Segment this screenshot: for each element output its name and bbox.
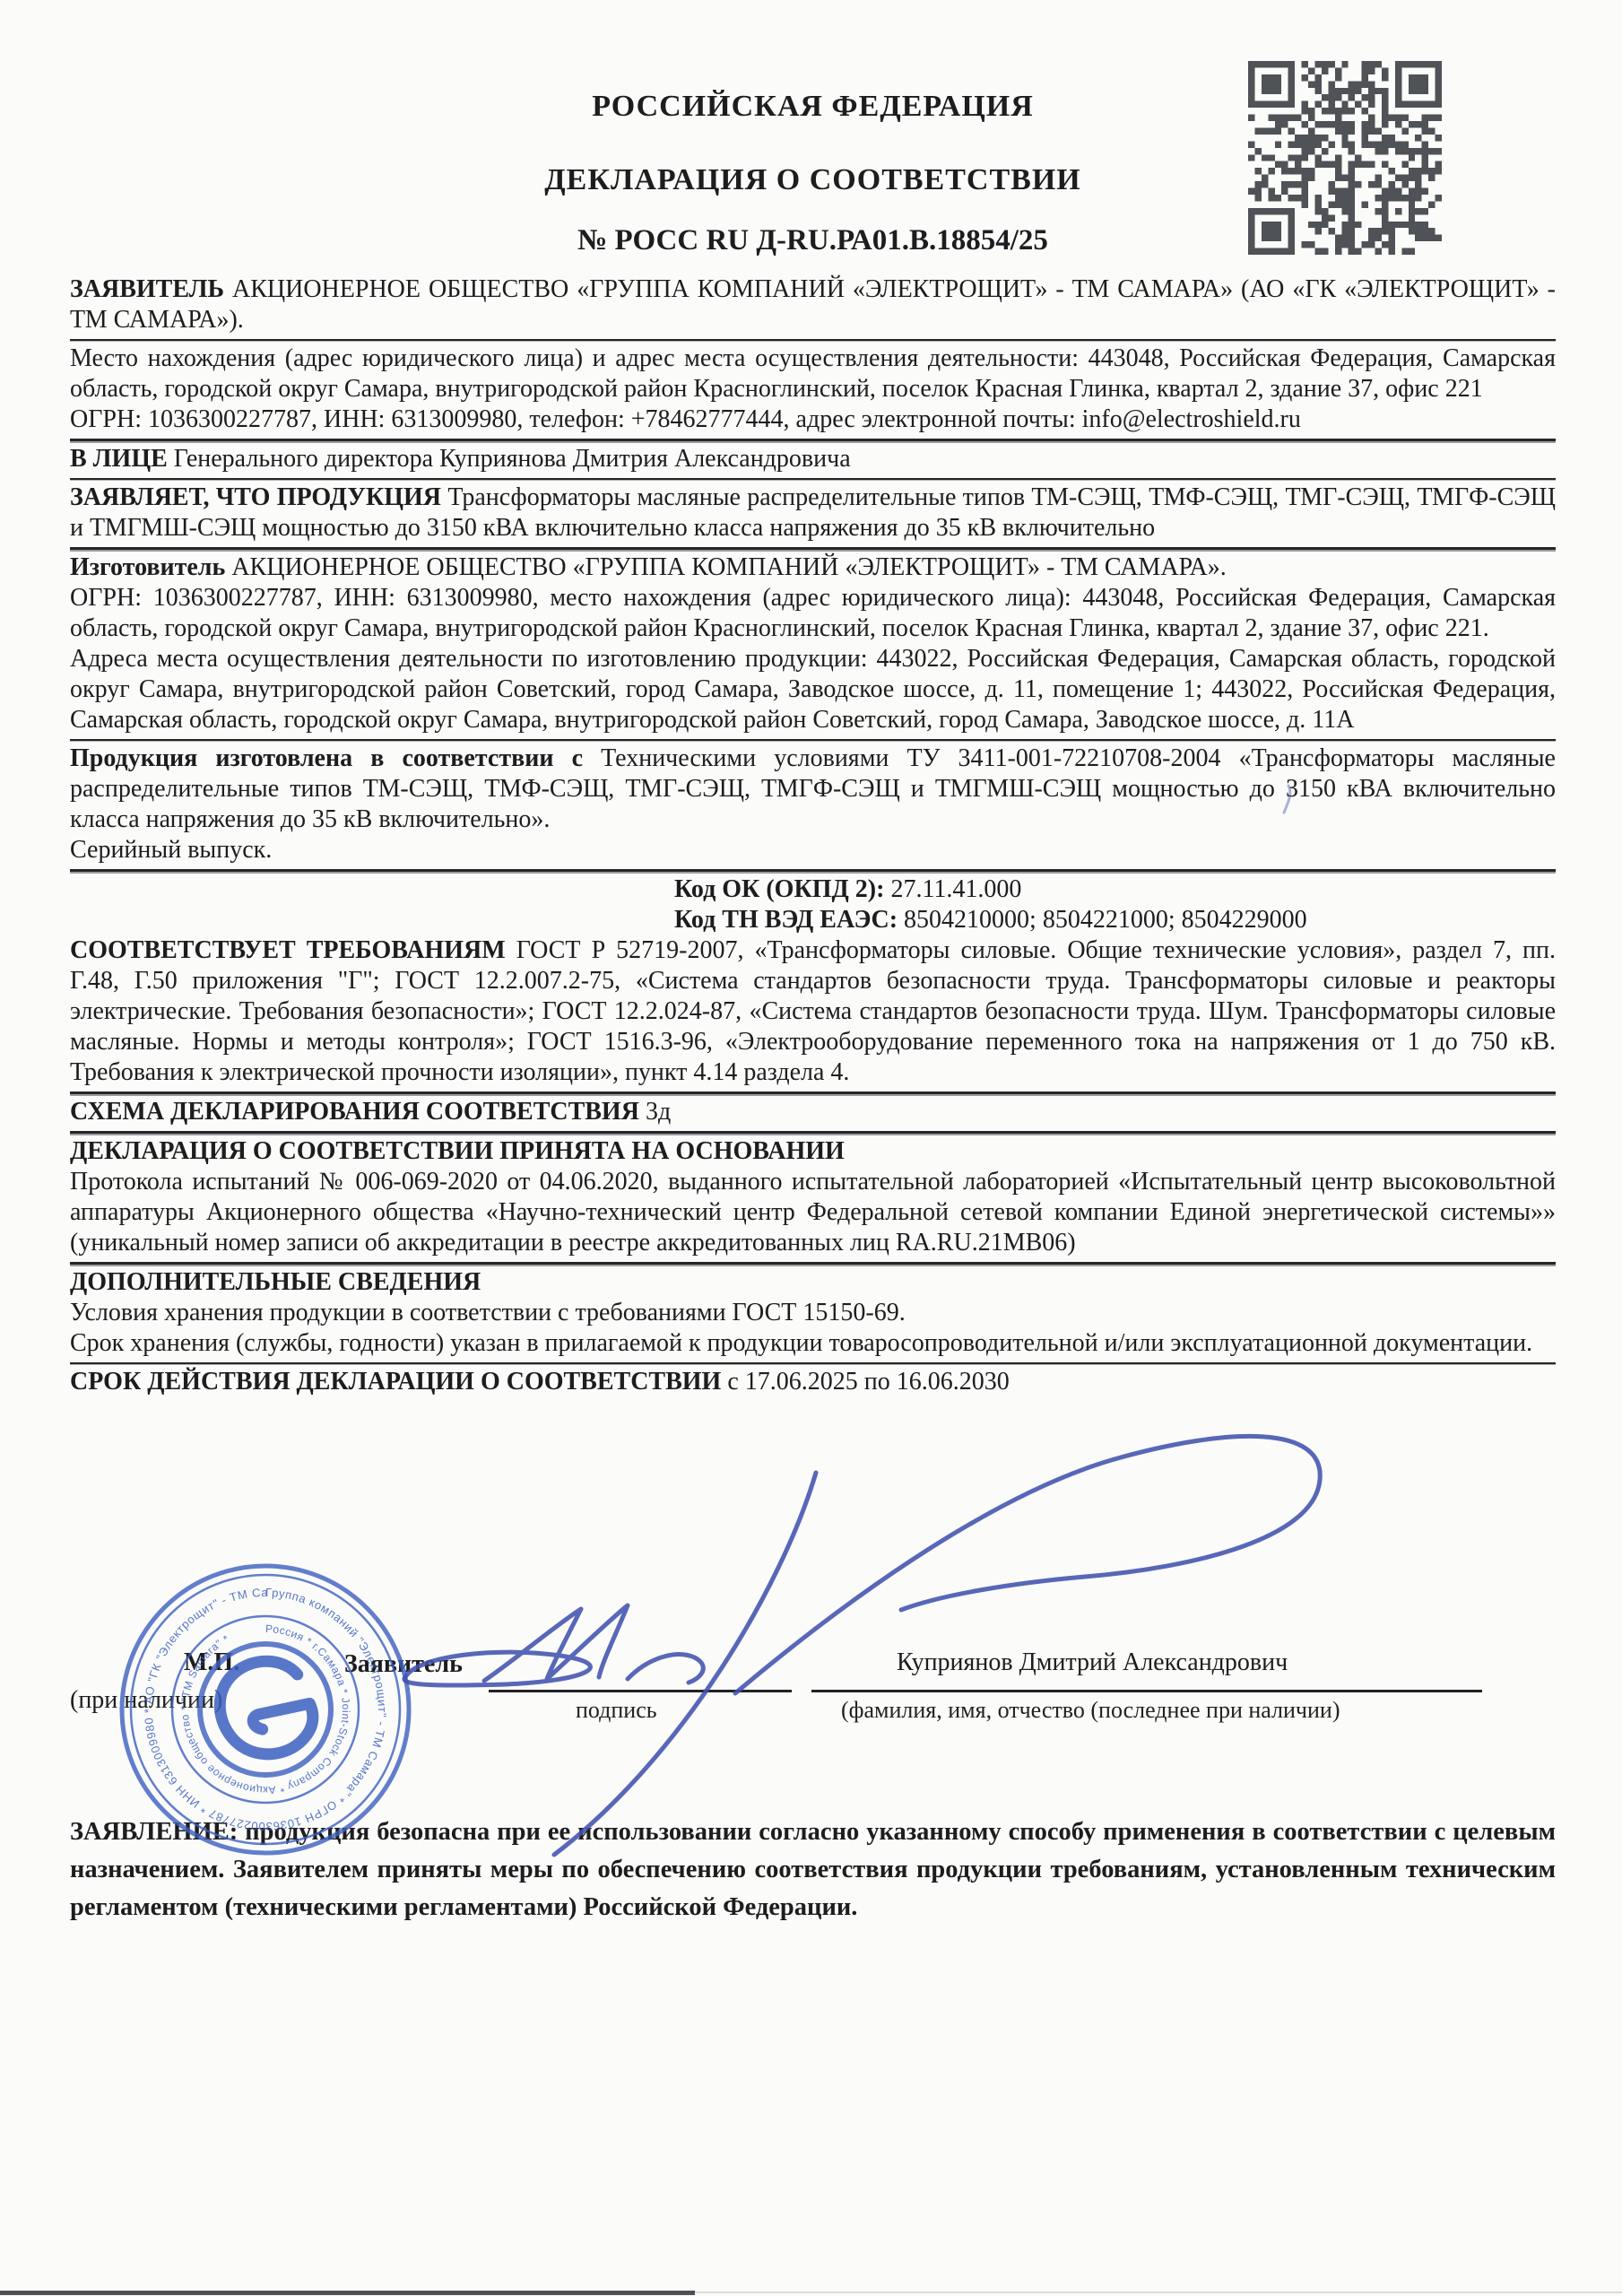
scheme-paragraph: СХЕМА ДЕКЛАРИРОВАНИЯ СООТВЕТСТВИЯ 3д bbox=[70, 1097, 1556, 1127]
serial-release: Серийный выпуск. bbox=[70, 835, 1556, 865]
qr-code bbox=[1248, 61, 1442, 255]
section-divider bbox=[70, 478, 1556, 480]
in-person-paragraph: В ЛИЦЕ Генерального директора Куприянова… bbox=[70, 444, 1556, 474]
validity-dates: с 17.06.2025 по 16.06.2030 bbox=[727, 1368, 1009, 1396]
manufacturer-paragraph: Изготовитель АКЦИОНЕРНОЕ ОБЩЕСТВО «ГРУПП… bbox=[70, 552, 1556, 583]
name-line bbox=[811, 1690, 1482, 1692]
document-body: ЗАЯВИТЕЛЬ АКЦИОНЕРНОЕ ОБЩЕСТВО «ГРУППА К… bbox=[70, 274, 1556, 1397]
validity-paragraph: СРОК ДЕЙСТВИЯ ДЕКЛАРАЦИИ О СООТВЕТСТВИИ … bbox=[70, 1367, 1556, 1397]
produced-according-paragraph: Продукция изготовлена в соответствии с Т… bbox=[70, 744, 1556, 835]
signature-caption: подпись bbox=[576, 1697, 657, 1724]
declares-paragraph: ЗАЯВЛЯЕТ, ЧТО ПРОДУКЦИЯ Трансформаторы м… bbox=[70, 483, 1556, 544]
name-caption: (фамилия, имя, отчество (последнее при н… bbox=[841, 1697, 1340, 1724]
code-okpd-value: 27.11.41.000 bbox=[890, 875, 1021, 903]
code-okpd-label: Код ОК (ОКПД 2): bbox=[674, 875, 884, 903]
additional-label: ДОПОЛНИТЕЛЬНЫЕ СВЕДЕНИЯ bbox=[70, 1268, 481, 1296]
code-tnved-value: 8504210000; 8504221000; 8504229000 bbox=[904, 906, 1307, 934]
electroshield-logo-icon bbox=[208, 1650, 321, 1767]
section-divider bbox=[70, 869, 1556, 872]
applicant-address: Место нахождения (адрес юридического лиц… bbox=[70, 344, 1556, 404]
basis-text: Протокола испытаний № 006-069-2020 от 04… bbox=[70, 1167, 1556, 1258]
conforms-paragraph: СООТВЕТСТВУЕТ ТРЕБОВАНИЯМ ГОСТ Р 52719-2… bbox=[70, 935, 1556, 1088]
code-okpd-line: Код ОК (ОКПД 2): 27.11.41.000 bbox=[674, 874, 1556, 905]
code-tnved-line: Код ТН ВЭД ЕАЭС: 8504210000; 8504221000;… bbox=[674, 905, 1556, 935]
manufacturer-label: Изготовитель bbox=[70, 553, 225, 581]
section-divider bbox=[70, 547, 1556, 550]
basis-heading: ДЕКЛАРАЦИЯ О СООТВЕТСТВИИ ПРИНЯТА НА ОСН… bbox=[70, 1136, 1556, 1167]
section-divider bbox=[70, 339, 1556, 341]
conforms-label: СООТВЕТСТВУЕТ ТРЕБОВАНИЯМ bbox=[70, 936, 506, 964]
section-divider bbox=[70, 1091, 1556, 1094]
produced-according-label: Продукция изготовлена в соответствии с bbox=[70, 744, 583, 772]
section-divider bbox=[70, 739, 1556, 741]
manufacturer-text: АКЦИОНЕРНОЕ ОБЩЕСТВО «ГРУППА КОМПАНИЙ «Э… bbox=[231, 553, 1226, 581]
section-divider bbox=[70, 1131, 1556, 1134]
storage-term: Срок хранения (службы, годности) указан … bbox=[70, 1328, 1556, 1359]
storage-conditions: Условия хранения продукции в соответстви… bbox=[70, 1298, 1556, 1328]
scheme-value: 3д bbox=[646, 1098, 671, 1126]
applicant-paragraph: ЗАЯВИТЕЛЬ АКЦИОНЕРНОЕ ОБЩЕСТВО «ГРУППА К… bbox=[70, 274, 1556, 335]
section-divider bbox=[70, 1262, 1556, 1265]
in-person-label: В ЛИЦЕ bbox=[70, 445, 168, 473]
applicant-ogrn-line: ОГРН: 1036300227787, ИНН: 6313009980, те… bbox=[70, 404, 1556, 435]
scheme-label: СХЕМА ДЕКЛАРИРОВАНИЯ СООТВЕТСТВИЯ bbox=[70, 1098, 639, 1126]
scan-artifact-line bbox=[0, 2291, 695, 2295]
additional-heading: ДОПОЛНИТЕЛЬНЫЕ СВЕДЕНИЯ bbox=[70, 1267, 1556, 1298]
company-stamp: Группа компаний "Электрощит" - ТМ Самара… bbox=[113, 1557, 418, 1862]
signatory-name: Куприянов Дмитрий Александрович bbox=[897, 1648, 1288, 1677]
code-tnved-label: Код ТН ВЭД ЕАЭС: bbox=[674, 906, 898, 934]
in-person-text: Генерального директора Куприянова Дмитри… bbox=[174, 445, 851, 473]
validity-label: СРОК ДЕЙСТВИЯ ДЕКЛАРАЦИИ О СООТВЕТСТВИИ bbox=[70, 1368, 721, 1396]
manufacturing-addresses: Адреса места осуществления деятельности … bbox=[70, 644, 1556, 735]
codes-block: Код ОК (ОКПД 2): 27.11.41.000 Код ТН ВЭД… bbox=[674, 874, 1556, 935]
section-divider bbox=[70, 1362, 1556, 1364]
applicant-label: ЗАЯВИТЕЛЬ bbox=[70, 275, 224, 303]
basis-label: ДЕКЛАРАЦИЯ О СООТВЕТСТВИИ ПРИНЯТА НА ОСН… bbox=[70, 1137, 845, 1165]
declaration-document: РОССИЙСКАЯ ФЕДЕРАЦИЯ ДЕКЛАРАЦИЯ О СООТВЕ… bbox=[0, 0, 1622, 2296]
section-divider bbox=[70, 439, 1556, 441]
applicant-text: АКЦИОНЕРНОЕ ОБЩЕСТВО «ГРУППА КОМПАНИЙ «Э… bbox=[70, 275, 1556, 334]
manufacturer-details: ОГРН: 1036300227787, ИНН: 6313009980, ме… bbox=[70, 583, 1556, 644]
declares-label: ЗАЯВЛЯЕТ, ЧТО ПРОДУКЦИЯ bbox=[70, 483, 441, 511]
signature-line bbox=[489, 1690, 792, 1692]
